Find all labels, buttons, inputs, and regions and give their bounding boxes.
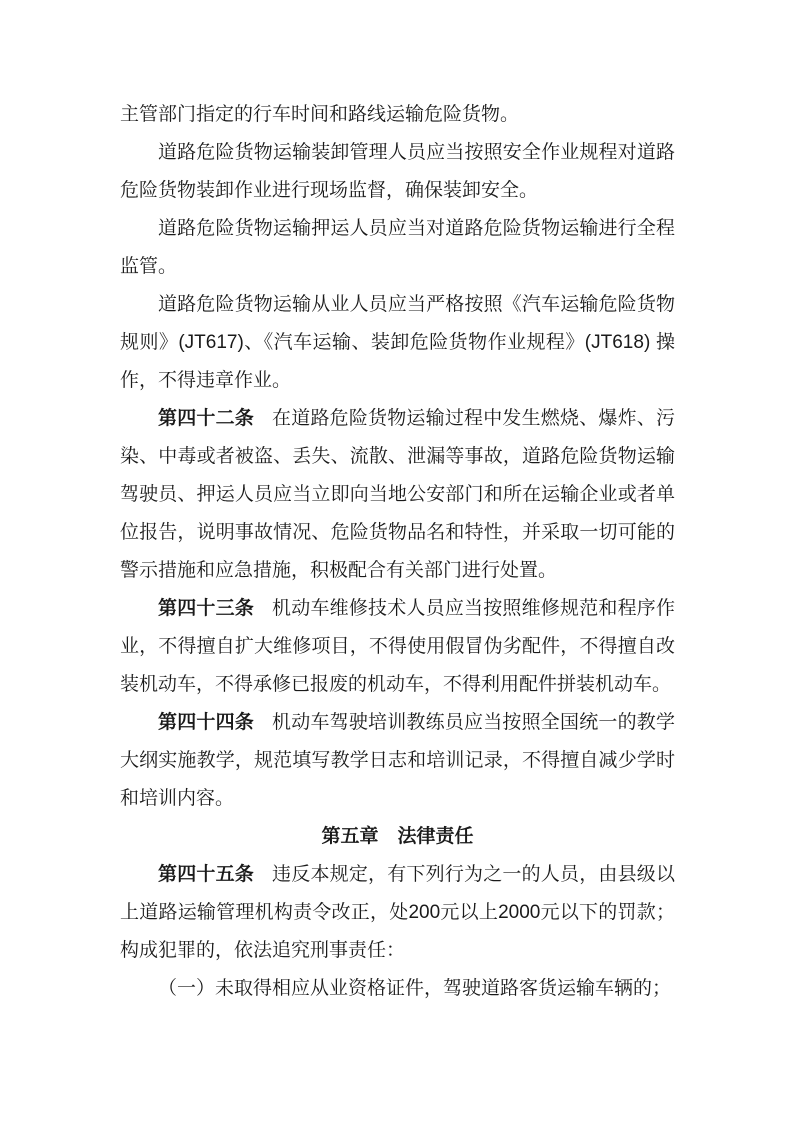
paragraph-text: 在道路危险货物运输过程中发生燃烧、爆炸、污染、中毒或者被盗、丢失、流散、泄漏等事… xyxy=(120,408,675,581)
body-paragraph: （一）未取得相应从业资格证件，驾驶道路客货运输车辆的； xyxy=(120,970,675,1008)
article-paragraph: 第四十三条机动车维修技术人员应当按照维修规范和程序作业，不得擅自扩大维修项目，不… xyxy=(120,590,675,704)
article-number-label: 第四十二条 xyxy=(158,408,254,429)
paragraph-text: （一）未取得相应从业资格证件，驾驶道路客货运输车辆的； xyxy=(158,978,671,999)
paragraph-text: 道路危险货物运输装卸管理人员应当按照安全作业规程对道路危险货物装卸作业进行现场监… xyxy=(120,142,675,201)
article-number-label: 第四十四条 xyxy=(158,712,254,733)
body-paragraph: 道路危险货物运输押运人员应当对道路危险货物运输进行全程监管。 xyxy=(120,210,675,286)
body-paragraph: 主管部门指定的行车时间和路线运输危险货物。 xyxy=(120,96,675,134)
document-body: 主管部门指定的行车时间和路线运输危险货物。道路危险货物运输装卸管理人员应当按照安… xyxy=(0,0,793,1008)
body-paragraph: 道路危险货物运输从业人员应当严格按照《汽车运输危险货物规则》(JT617)、《汽… xyxy=(120,286,675,400)
paragraph-text: 主管部门指定的行车时间和路线运输危险货物。 xyxy=(120,104,519,125)
paragraph-text: 道路危险货物运输押运人员应当对道路危险货物运输进行全程监管。 xyxy=(120,218,675,277)
document-page: 主管部门指定的行车时间和路线运输危险货物。道路危险货物运输装卸管理人员应当按照安… xyxy=(0,0,793,1122)
paragraph-text: 道路危险货物运输从业人员应当严格按照《汽车运输危险货物规则》(JT617)、《汽… xyxy=(120,294,675,391)
article-paragraph: 第四十二条在道路危险货物运输过程中发生燃烧、爆炸、污染、中毒或者被盗、丢失、流散… xyxy=(120,400,675,590)
article-paragraph: 第四十四条机动车驾驶培训教练员应当按照全国统一的教学大纲实施教学，规范填写教学日… xyxy=(120,704,675,818)
chapter-heading: 第五章 法律责任 xyxy=(120,818,675,856)
article-number-label: 第四十三条 xyxy=(158,598,254,619)
article-number-label: 第四十五条 xyxy=(158,864,254,885)
body-paragraph: 道路危险货物运输装卸管理人员应当按照安全作业规程对道路危险货物装卸作业进行现场监… xyxy=(120,134,675,210)
article-paragraph: 第四十五条违反本规定，有下列行为之一的人员，由县级以上道路运输管理机构责令改正，… xyxy=(120,856,675,970)
chapter-heading-text: 第五章 法律责任 xyxy=(321,826,473,847)
